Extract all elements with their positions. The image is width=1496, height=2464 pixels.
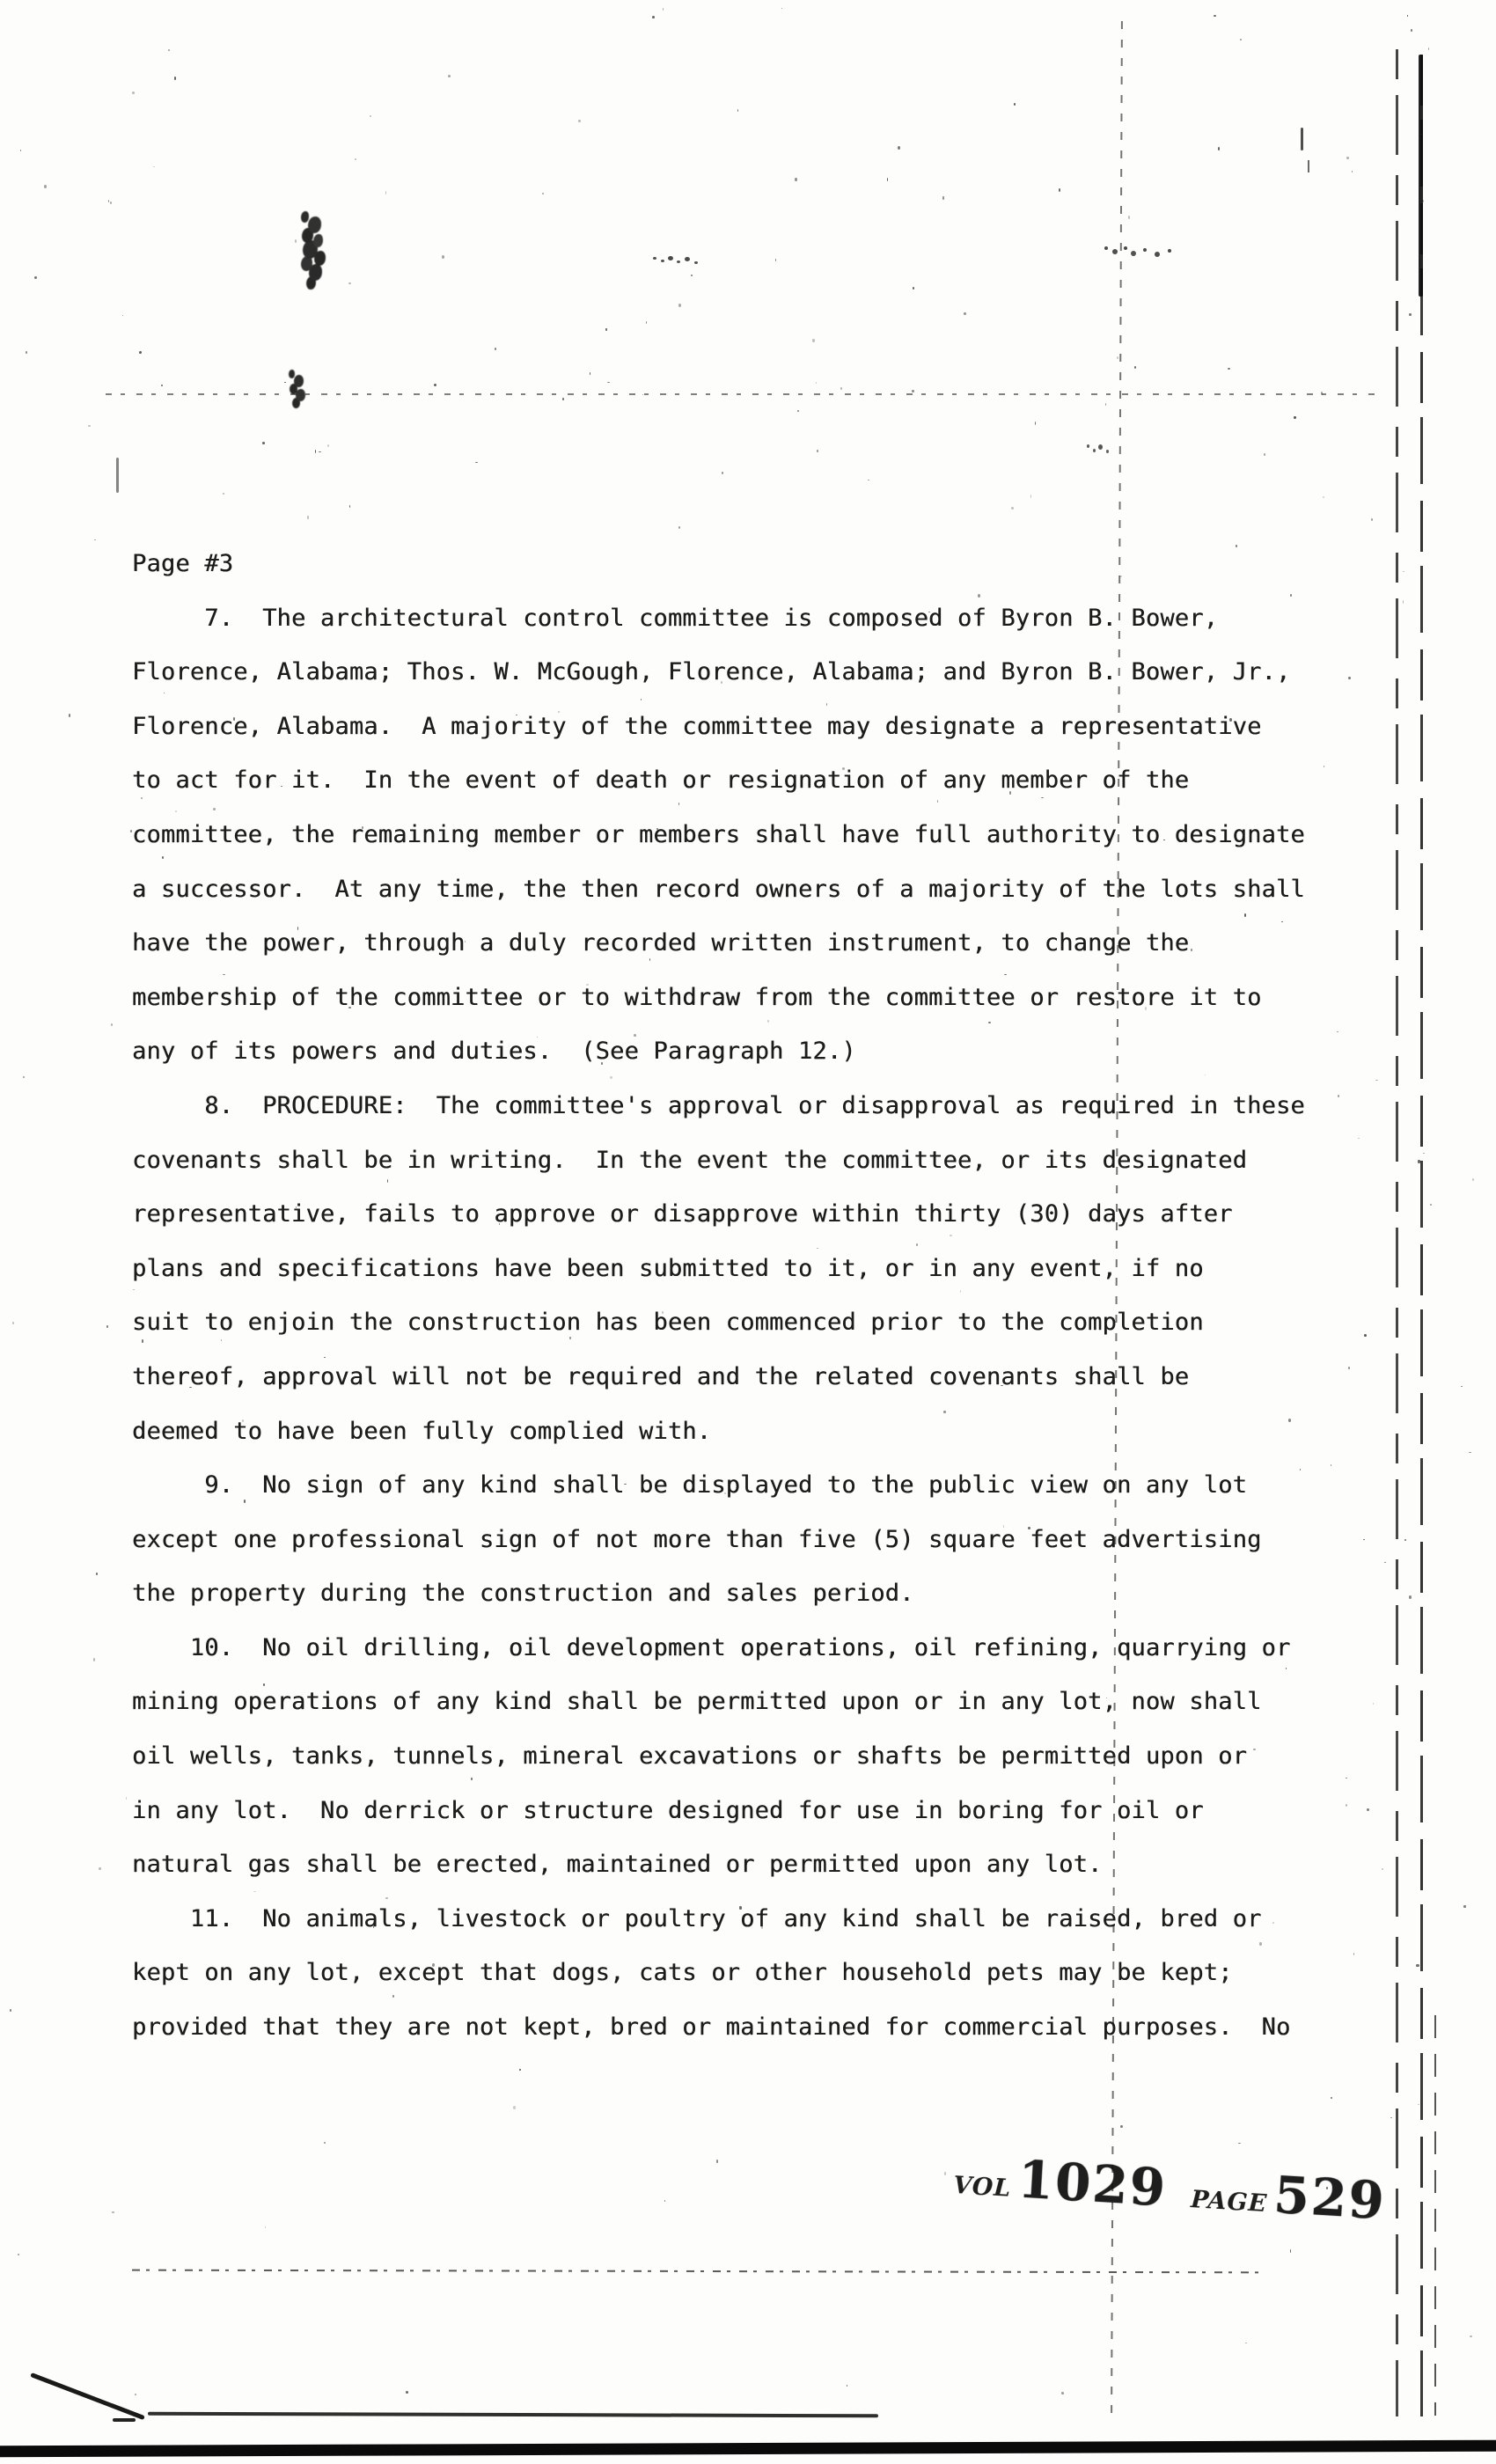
noise-speck (1470, 2336, 1472, 2337)
noise-speck (1348, 677, 1351, 679)
noise-speck (139, 351, 142, 354)
noise-speck (1407, 15, 1408, 17)
noise-speck (69, 714, 70, 717)
noise-speck (1120, 2125, 1123, 2128)
noise-speck (1346, 1778, 1348, 1779)
noise-speck (385, 191, 387, 194)
noise-speck (324, 1357, 326, 1358)
noise-speck (656, 828, 658, 830)
noise-speck (1128, 216, 1131, 219)
noise-speck (110, 202, 113, 204)
noise-speck (111, 1023, 113, 1026)
noise-speck (1382, 1868, 1382, 1870)
noise-speck (634, 1034, 636, 1036)
scan-artifact-smudge-2 (1104, 246, 1108, 250)
noise-speck (132, 92, 135, 95)
noise-speck (642, 394, 643, 396)
noise-speck (1218, 147, 1220, 150)
noise-speck (324, 2142, 326, 2144)
noise-speck (722, 472, 724, 474)
noise-speck (1375, 1080, 1378, 1081)
noise-speck (513, 2106, 516, 2109)
noise-speck (610, 1076, 612, 1078)
noise-speck (1331, 1464, 1332, 1467)
noise-speck (495, 348, 496, 350)
noise-speck (297, 927, 298, 930)
noise-speck (448, 75, 451, 77)
stamp-vol-number: 1029 (1016, 2149, 1169, 2218)
noise-speck (1346, 157, 1349, 158)
noise-speck (1119, 576, 1121, 576)
noise-speck (937, 800, 938, 802)
noise-speck (1348, 1367, 1349, 1369)
noise-speck (1244, 913, 1247, 917)
noise-speck (1358, 1138, 1359, 1140)
noise-speck (1403, 571, 1404, 572)
noise-speck (678, 526, 681, 529)
noise-speck (1404, 1539, 1406, 1540)
noise-speck (162, 856, 164, 859)
noise-speck (1296, 2180, 1298, 2182)
noise-speck (315, 450, 317, 453)
noise-speck (898, 146, 900, 150)
noise-speck (265, 2226, 266, 2229)
noise-speck (1236, 545, 1237, 547)
noise-speck (142, 1339, 143, 1343)
noise-speck (646, 321, 647, 324)
noise-speck (1014, 103, 1016, 105)
noise-speck (562, 398, 565, 400)
noise-speck (1264, 453, 1265, 457)
noise-speck (1364, 1334, 1367, 1337)
noise-speck (1416, 1964, 1419, 1967)
scan-artifact-smudge-3 (1087, 444, 1089, 448)
noise-speck (590, 372, 591, 375)
noise-speck (161, 385, 163, 386)
noise-speck (348, 1007, 350, 1008)
noise-speck (1228, 368, 1230, 370)
noise-speck (601, 1062, 603, 1064)
noise-speck (1390, 2117, 1392, 2118)
noise-speck (174, 77, 176, 80)
noise-speck (1294, 416, 1296, 419)
noise-speck (761, 1926, 763, 1929)
noise-speck (847, 2385, 847, 2387)
noise-speck (442, 255, 444, 259)
noise-speck (1253, 1749, 1256, 1749)
noise-speck (1363, 1539, 1365, 1541)
noise-speck (34, 276, 37, 279)
noise-speck (816, 382, 817, 384)
noise-speck (23, 1076, 25, 1078)
scan-artifact-ink-blob-small (289, 370, 295, 378)
noise-speck (1004, 974, 1007, 975)
scan-artifact-bottom-edge-bar (0, 2440, 1496, 2458)
noise-speck (1240, 39, 1242, 40)
noise-speck (943, 1411, 945, 1413)
noise-speck (1259, 1942, 1261, 1946)
noise-speck (1214, 15, 1215, 17)
noise-speck (1353, 1953, 1354, 1955)
noise-speck (126, 1797, 128, 1799)
noise-speck (624, 1484, 627, 1485)
noise-speck (122, 315, 123, 317)
noise-speck (1300, 1469, 1301, 1470)
typewritten-body: Page #3 7. The architectural control com… (132, 537, 1305, 2055)
noise-speck (1430, 1204, 1432, 1206)
noise-speck (392, 1995, 394, 1998)
noise-speck (362, 826, 363, 828)
noise-speck (1367, 1808, 1369, 1811)
noise-speck (319, 451, 321, 452)
noise-speck (1472, 1178, 1474, 1181)
noise-speck (471, 1778, 473, 1781)
stamp-spacer (1172, 2206, 1184, 2207)
noise-speck (307, 516, 309, 518)
noise-speck (1352, 171, 1353, 172)
noise-speck (1418, 1160, 1419, 1163)
noise-speck (663, 8, 664, 10)
noise-speck (1117, 356, 1118, 359)
scanned-page: Page #3 7. The architectural control com… (0, 0, 1496, 2464)
noise-speck (605, 328, 606, 331)
noise-speck (664, 2200, 665, 2202)
noise-speck (1105, 403, 1106, 406)
noise-speck (20, 150, 22, 152)
noise-speck (153, 166, 155, 167)
scan-artifact-right-vertical-line-2 (1420, 55, 1423, 2416)
noise-speck (1461, 1386, 1463, 1387)
noise-speck (1272, 1922, 1274, 1924)
noise-speck (1290, 2249, 1292, 2253)
noise-speck (1331, 2097, 1332, 2098)
noise-speck (349, 505, 350, 508)
noise-speck (912, 390, 913, 392)
noise-speck (842, 767, 845, 770)
noise-speck (542, 193, 544, 195)
scan-artifact-tick-1 (1301, 128, 1303, 150)
noise-speck (781, 8, 782, 9)
noise-speck (1384, 1562, 1386, 1563)
scan-artifact-diagonal-stroke (30, 2372, 145, 2420)
noise-speck (662, 1311, 663, 1314)
noise-speck (465, 941, 466, 942)
noise-speck (1421, 200, 1424, 203)
noise-speck (1245, 2343, 1247, 2343)
noise-speck (887, 178, 888, 180)
noise-speck (1409, 313, 1411, 316)
noise-speck (44, 185, 47, 188)
noise-speck (942, 196, 943, 200)
noise-speck (1346, 1804, 1347, 1807)
noise-speck (775, 259, 776, 261)
noise-speck (1337, 1031, 1338, 1032)
noise-speck (348, 282, 351, 284)
noise-speck (817, 450, 818, 452)
noise-speck (913, 287, 915, 290)
scan-artifact-solid-line-tail (113, 2418, 136, 2422)
noise-speck (652, 16, 655, 18)
noise-speck (1338, 1095, 1339, 1097)
scan-artifact-right-vertical-line-3 (1434, 2015, 1436, 2416)
noise-speck (607, 382, 610, 383)
scan-artifact-right-line-dark-segment (1419, 55, 1423, 297)
noise-speck (99, 1867, 100, 1870)
noise-speck (1011, 507, 1014, 510)
scan-artifact-dashed-line-bottom (132, 2270, 1267, 2274)
noise-speck (716, 2160, 718, 2162)
noise-speck (737, 109, 739, 112)
noise-speck (1238, 2143, 1240, 2144)
noise-speck (1028, 1527, 1030, 1529)
noise-speck (233, 717, 235, 721)
noise-speck (1035, 422, 1036, 424)
noise-speck (1145, 1007, 1147, 1010)
noise-speck (1373, 1703, 1375, 1705)
noise-speck (678, 304, 681, 307)
scan-artifact-smudge-1 (653, 257, 656, 260)
noise-speck (355, 158, 356, 159)
noise-speck (223, 493, 224, 495)
noise-speck (1403, 600, 1404, 604)
noise-speck (475, 462, 478, 463)
noise-speck (1003, 1525, 1004, 1528)
noise-speck (868, 480, 869, 480)
scan-artifact-ink-blob-top (301, 211, 309, 223)
noise-speck (135, 2394, 136, 2394)
noise-speck (262, 442, 265, 444)
noise-speck (1411, 29, 1412, 32)
scan-artifact-dashed-line-top (106, 393, 1382, 395)
noise-speck (141, 797, 143, 799)
noise-speck (1061, 2392, 1063, 2394)
noise-speck (944, 2172, 946, 2174)
noise-speck (26, 351, 27, 355)
stamp-page-number: 529 (1272, 2165, 1388, 2231)
noise-speck (96, 1573, 98, 1575)
noise-speck (1418, 2104, 1419, 2105)
noise-speck (1469, 1452, 1470, 1453)
noise-speck (767, 1020, 768, 1023)
scan-artifact-tick-3 (116, 458, 119, 493)
noise-speck (168, 49, 170, 52)
noise-speck (18, 2254, 19, 2255)
noise-speck (1409, 1595, 1411, 1599)
stamp-vol-label: VOL (952, 2172, 1012, 2203)
noise-speck (130, 830, 132, 832)
noise-speck (1321, 392, 1324, 394)
noise-speck (840, 387, 842, 390)
noise-speck (263, 1683, 265, 1686)
scan-artifact-tick-2 (1308, 160, 1309, 172)
scan-artifact-solid-line-bottom (148, 2412, 878, 2418)
noise-speck (253, 1891, 256, 1892)
noise-speck (1324, 766, 1325, 767)
noise-speck (1423, 1153, 1425, 1154)
noise-speck (93, 1658, 95, 1661)
recorder-stamp: VOL 1029 PAGE 529 (952, 2145, 1388, 2231)
noise-speck (964, 312, 966, 314)
noise-speck (812, 339, 815, 342)
noise-speck (1229, 718, 1232, 721)
noise-speck (978, 594, 980, 598)
noise-speck (406, 2391, 408, 2394)
noise-speck (739, 1906, 741, 1910)
noise-speck (284, 382, 286, 383)
noise-speck (795, 178, 796, 181)
noise-speck (1288, 1419, 1291, 1422)
noise-speck (578, 120, 581, 123)
noise-speck (1030, 495, 1032, 498)
noise-speck (112, 2211, 114, 2212)
noise-speck (108, 200, 109, 202)
noise-speck (295, 239, 297, 242)
scan-artifact-right-vertical-line-1 (1396, 49, 1398, 2416)
noise-speck (370, 115, 371, 118)
noise-speck (94, 539, 97, 540)
noise-speck (1463, 1905, 1465, 1909)
noise-speck (1323, 496, 1324, 498)
noise-speck (691, 275, 693, 275)
noise-speck (1059, 188, 1060, 192)
noise-speck (10, 2009, 11, 2012)
noise-speck (515, 994, 517, 994)
noise-speck (327, 444, 329, 447)
noise-speck (385, 1897, 388, 1899)
stamp-page-label: PAGE (1190, 2186, 1268, 2218)
noise-speck (434, 384, 436, 386)
noise-speck (1134, 366, 1136, 369)
noise-speck (817, 1320, 818, 1323)
noise-speck (1428, 48, 1429, 50)
noise-speck (88, 425, 90, 428)
noise-speck (106, 1325, 108, 1327)
noise-speck (724, 1492, 726, 1493)
noise-speck (12, 1322, 14, 1324)
noise-speck (1009, 791, 1011, 794)
noise-speck (721, 681, 722, 684)
noise-speck (797, 410, 799, 412)
noise-speck (1371, 518, 1374, 521)
noise-speck (519, 2069, 520, 2072)
noise-speck (213, 808, 216, 811)
